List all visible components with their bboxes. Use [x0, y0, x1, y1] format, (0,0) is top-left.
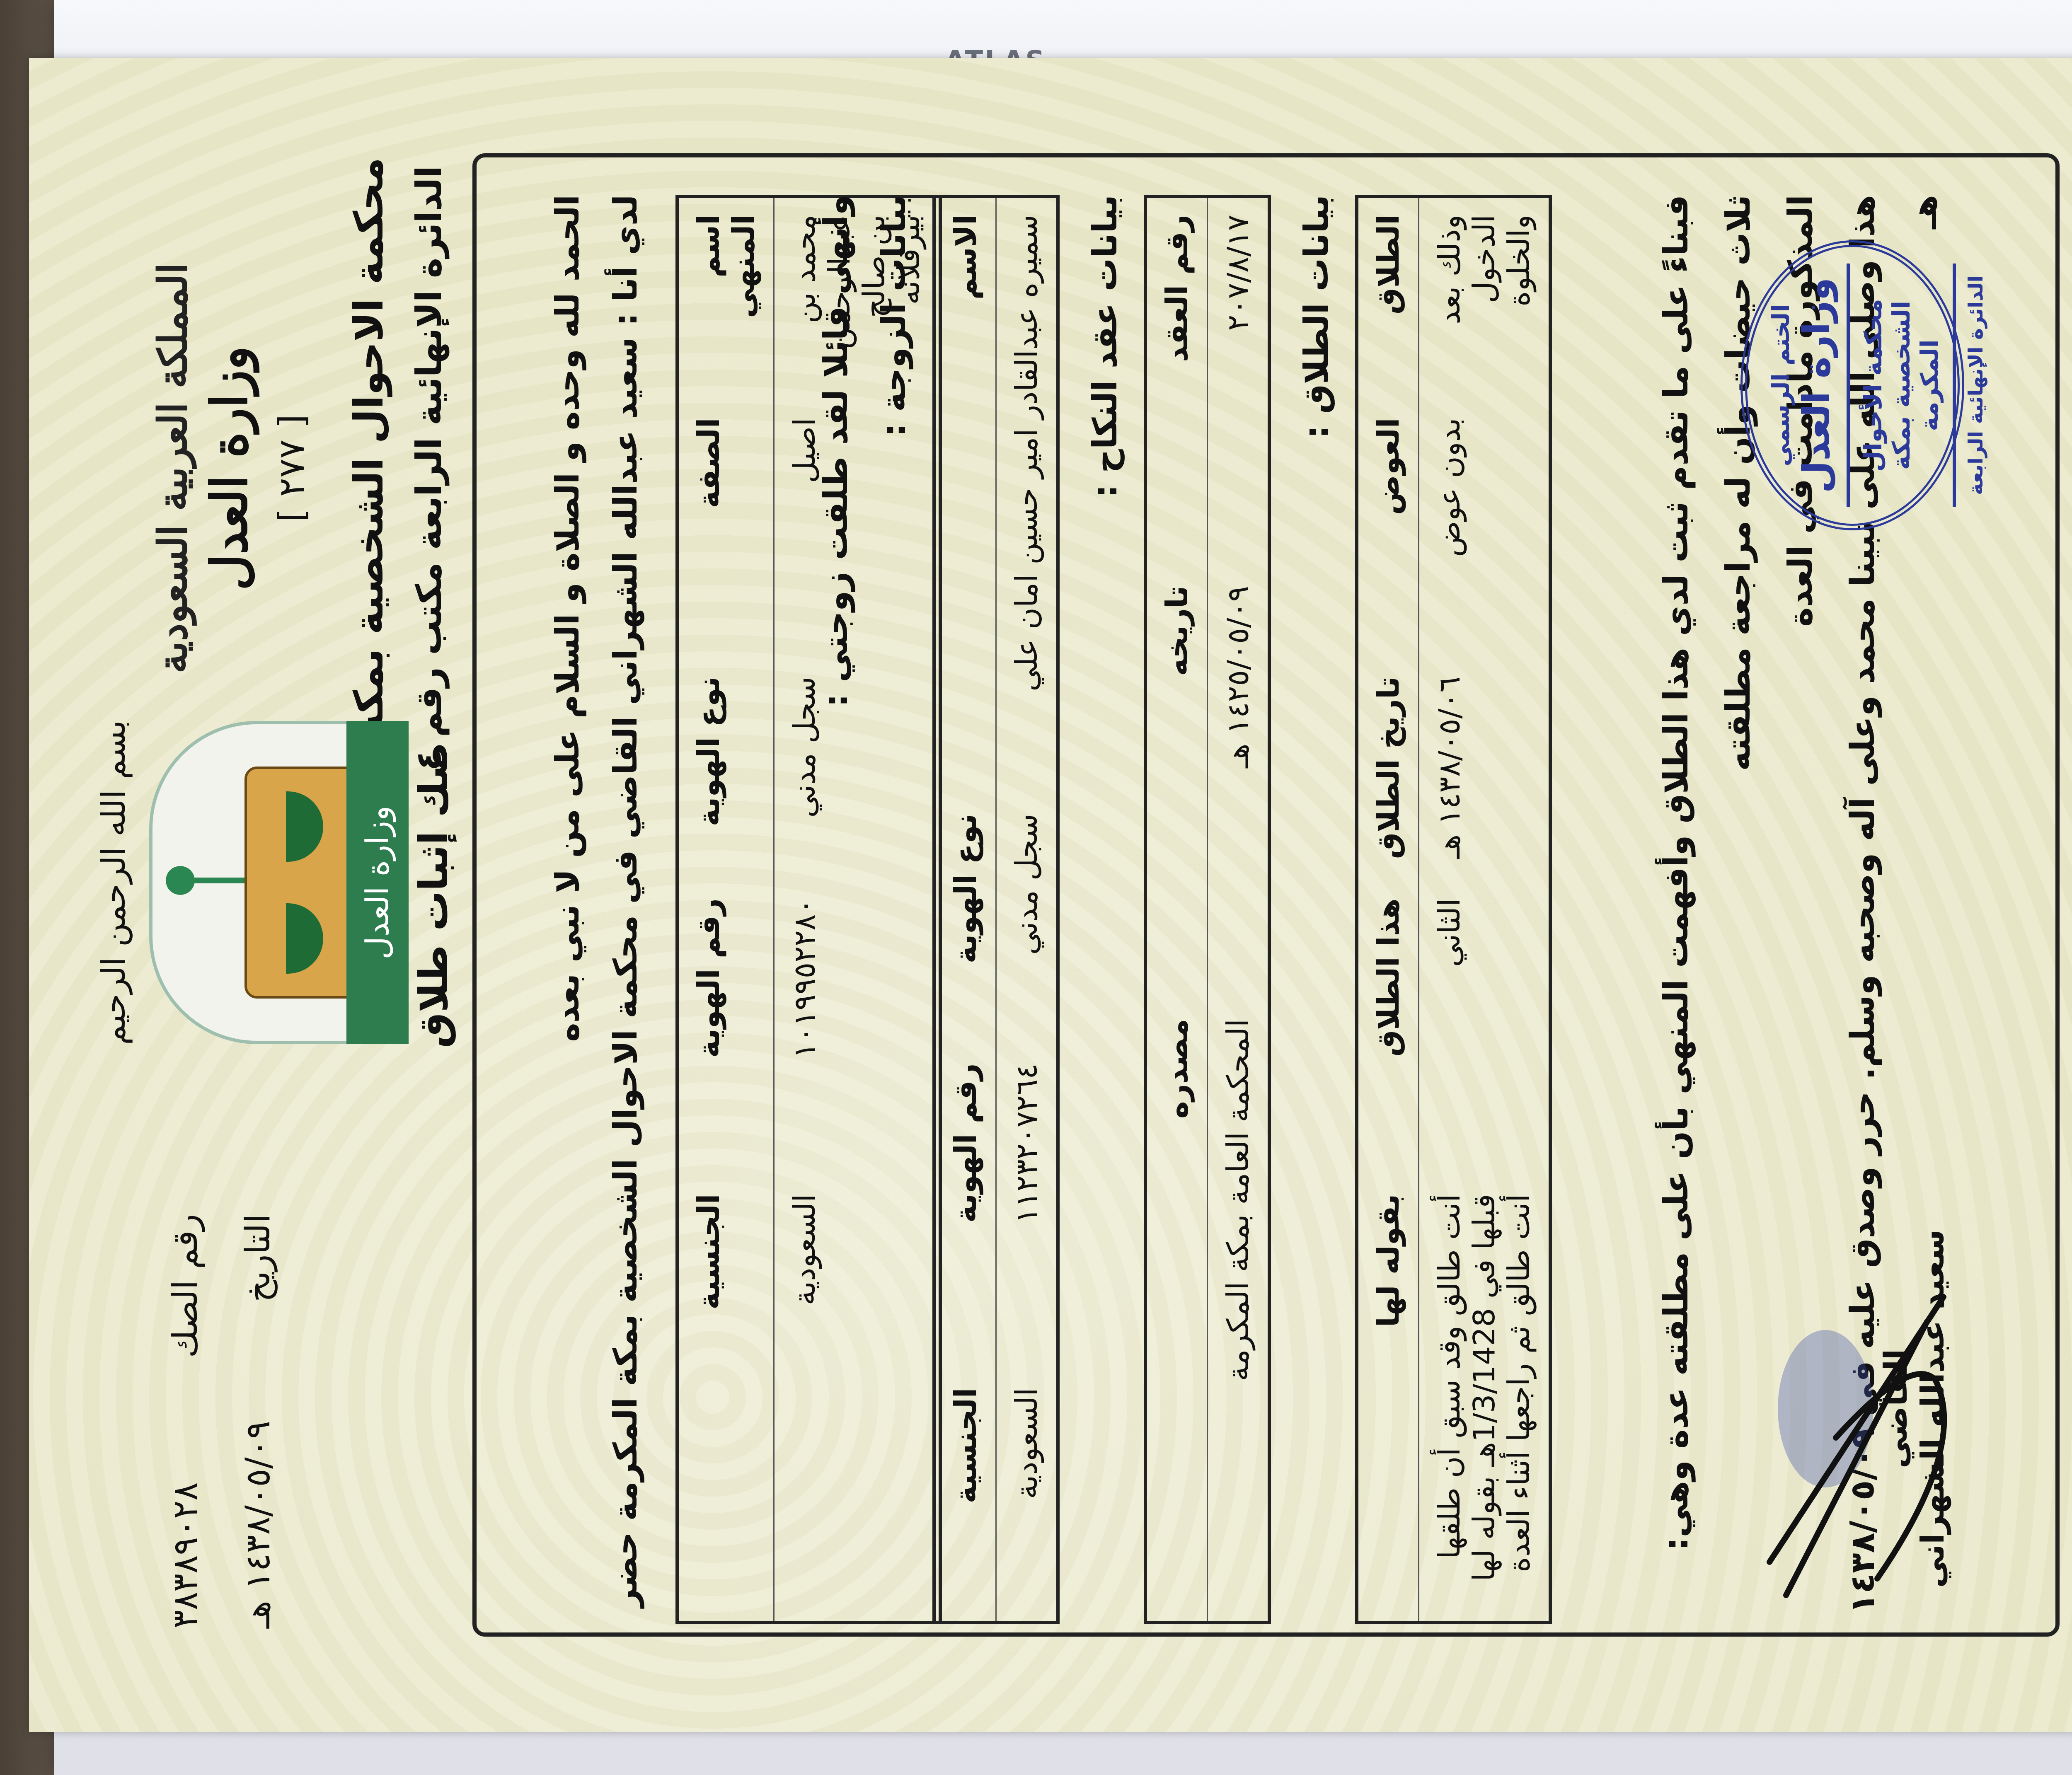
document-title: صك إثبات طلاق	[410, 58, 457, 1732]
table-header: هذا الطلاق	[1358, 882, 1419, 1178]
basmala: بسم الله الرحمن الرحيم	[95, 655, 133, 1110]
stamp-top: الختم الرسمي	[1768, 247, 1795, 524]
table-cell: سميره عبدالقادر امير حسين امان علي	[997, 198, 1056, 797]
ref-value: ٣٨٣٨٩٠٢٨	[166, 1482, 205, 1628]
table-cell: السعودية	[997, 1371, 1056, 1621]
table-header: رقم الهوية	[679, 882, 775, 1178]
table-cell: الثاني	[1419, 882, 1549, 1178]
intro-line-2: لدي أنا : سعيد عبدالله الشهراني القاضي ف…	[597, 195, 655, 1624]
intro-line-1: الحمد لله وحده و الصلاة و السلام على من …	[539, 195, 597, 1624]
table-cell: سجل مدني	[997, 797, 1056, 1047]
table-cell: ١٠١٩٩٥٢٢٨٠	[775, 882, 939, 1178]
table-cell: ٢٠٧/٨/١٧	[1208, 198, 1268, 569]
table-header: العوض	[1358, 401, 1419, 660]
header-reference: رقم الصك ٣٨٣٨٩٠٢٨ التاريخ ١٤٣٨/٠٥/٠٩ هـ	[166, 1214, 311, 1628]
table-header: تاريخه	[1147, 569, 1208, 1002]
wife-table: الاسم نوع الهوية رقم الهوية الجنسية سمير…	[932, 195, 1060, 1624]
table-header: الصفة	[679, 401, 775, 660]
signature-scribble-icon	[1753, 1197, 1960, 1612]
table-header: اسم المنهي	[679, 198, 775, 401]
table-cell: بدون عوض	[1419, 401, 1549, 660]
header-emblem: بسم الله الرحمن الرحيم وزارة العدل	[95, 655, 406, 1110]
divorce-table: الطلاق العوض تاريخ الطلاق هذا الطلاق بقو…	[1355, 195, 1552, 1624]
table-cell: المحكمة العامة بمكة المكرمة	[1208, 1002, 1268, 1621]
wife-section-label: بيانات الزوجة :	[874, 195, 913, 437]
table-header: بقوله لها	[1358, 1178, 1419, 1621]
emblem-banner: وزارة العدل	[346, 721, 409, 1044]
date-value: ١٤٣٨/٠٥/٠٩ هـ	[238, 1421, 278, 1628]
table-cell: ١٤٢٥/٠٥/٠٩ هـ	[1208, 569, 1268, 1002]
official-stamp: الختم الرسمي وزارة العدل محكمة الأحوال ا…	[1740, 240, 1964, 530]
table-cell: محمد بن عبدالرحمن بن صالح بيرفلانه	[775, 198, 939, 401]
statement: وأنهى قائلا لقد طلقت زوجتي :	[816, 195, 855, 707]
table-header: الجنسية	[679, 1178, 775, 1621]
intro-text: الحمد لله وحده و الصلاة و السلام على من …	[539, 195, 655, 1624]
table-header: الجنسية	[936, 1371, 997, 1621]
table-cell: السعودية	[775, 1178, 939, 1621]
ministry-emblem-icon: وزارة العدل	[149, 721, 406, 1044]
table-header: الطلاق	[1358, 198, 1419, 401]
table-header: الاسم	[936, 198, 997, 797]
table-header: نوع الهوية	[936, 797, 997, 1047]
divorce-section-label: بيانات الطلاق :	[1297, 195, 1336, 439]
table-cell: أنت طالق وقد سبق أن طلقها قبلها في 1/3/1…	[1419, 1178, 1549, 1621]
ref-label: رقم الصك	[166, 1214, 205, 1358]
table-cell: ١١٢٣٢٠٧٢٦٤	[997, 1047, 1056, 1371]
table-header: تاريخ الطلاق	[1358, 660, 1419, 882]
table-cell: وذلك بعد الدخول والخلوة	[1419, 198, 1549, 401]
stamp-office: الدائرة الإنهائية الرابعة	[1964, 247, 1987, 524]
document-container: المملكة العربية السعودية وزارة العدل [ ٢…	[29, 58, 2072, 1732]
contract-table: رقم العقد تاريخه مصدره ٢٠٧/٨/١٧ ١٤٢٥/٠٥/…	[1144, 195, 1271, 1624]
table-cell: ١٤٣٨/٠٥/٠٦ هـ	[1419, 660, 1549, 882]
table-cell: اصيل	[775, 401, 939, 660]
table-cell: سجل مدني	[775, 660, 939, 882]
contract-section-label: بيانات عقد النكاح :	[1086, 195, 1124, 498]
stamp-court: محكمة الأحوال الشخصية بمكة المكرمة	[1847, 264, 1956, 507]
judge-signature-block: القاضي سعيد عبدالله الشهراني	[1778, 1222, 1951, 1595]
divorce-certificate: المملكة العربية السعودية وزارة العدل [ ٢…	[29, 58, 2072, 1732]
date-label: التاريخ	[238, 1214, 278, 1302]
table-header: نوع الهوية	[679, 660, 775, 882]
table-header: رقم الهوية	[936, 1047, 997, 1371]
table-header: رقم العقد	[1147, 198, 1208, 569]
stamp-ministry: وزارة العدل	[1795, 247, 1838, 524]
table-header: مصدره	[1147, 1002, 1208, 1621]
